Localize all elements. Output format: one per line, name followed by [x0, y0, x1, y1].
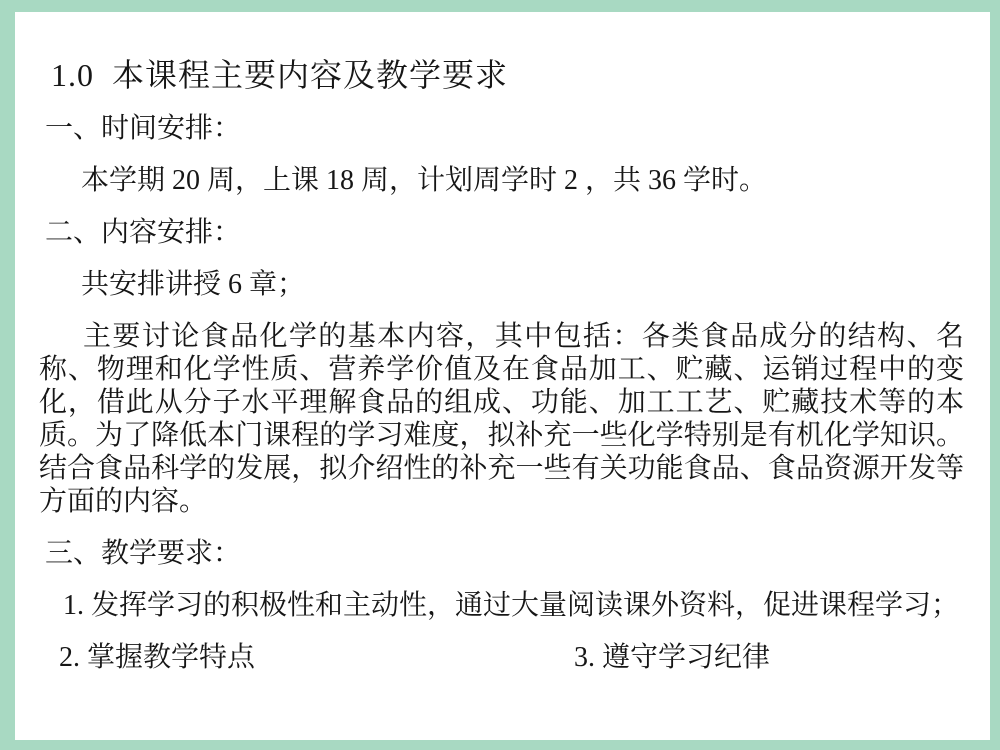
slide-title: 1.0 本课程主要内容及教学要求	[51, 57, 964, 93]
requirement-item-1: 1. 发挥学习的积极性和主动性，通过大量阅读课外资料，促进课程学习；	[39, 589, 964, 622]
section-heading-content-arrangement: 二、内容安排：	[45, 216, 964, 249]
requirement-item-3: 3. 遵守学习纪律	[574, 641, 770, 674]
section-heading-teaching-requirements: 三、教学要求：	[45, 537, 964, 570]
paragraph-semester-schedule: 本学期 20 周，上课 18 周，计划周学时 2 ，共 36 学时。	[39, 164, 964, 197]
requirement-item-2: 2. 掌握教学特点	[59, 641, 567, 674]
paragraph-chapter-count: 共安排讲授 6 章；	[39, 268, 964, 301]
section-heading-time-arrangement: 一、时间安排：	[45, 112, 964, 145]
slide-frame: 1.0 本课程主要内容及教学要求 一、时间安排： 本学期 20 周，上课 18 …	[0, 0, 1000, 750]
paragraph-course-overview: 主要讨论食品化学的基本内容，其中包括：各类食品成分的结构、名称、物理和化学性质、…	[39, 320, 964, 518]
requirement-items-row: 2. 掌握教学特点 3. 遵守学习纪律	[39, 641, 964, 674]
slide: 1.0 本课程主要内容及教学要求 一、时间安排： 本学期 20 周，上课 18 …	[15, 12, 990, 740]
